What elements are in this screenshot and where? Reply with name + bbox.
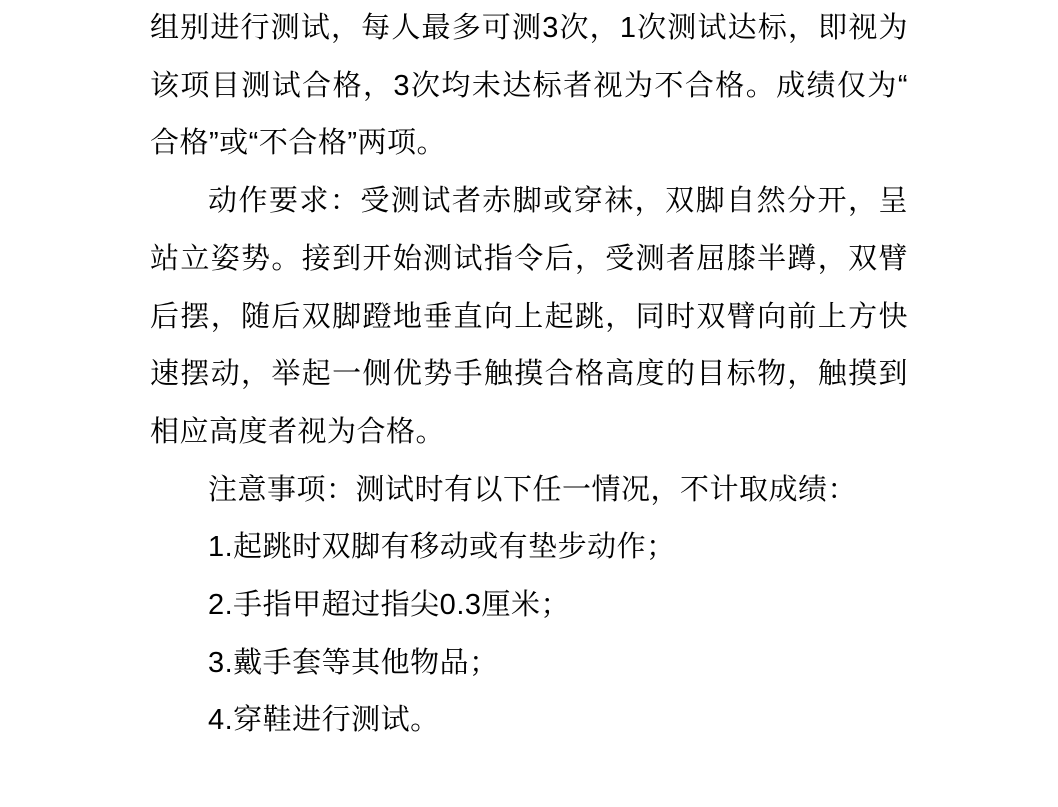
document-page: 组别进行测试，每人最多可测3次，1次测试达标，即视为 该项目测试合格，3次均未达… [0, 0, 1058, 807]
text-line: 2.手指甲超过指尖0.3厘米； [150, 577, 908, 635]
text-line: 动作要求：受测试者赤脚或穿袜，双脚自然分开，呈 [150, 173, 908, 231]
text-line: 后摆，随后双脚蹬地垂直向上起跳，同时双臂向前上方快 [150, 289, 908, 347]
text-line: 站立姿势。接到开始测试指令后，受测者屈膝半蹲，双臂 [150, 231, 908, 289]
text-line: 该项目测试合格，3次均未达标者视为不合格。成绩仅为“ [150, 58, 908, 116]
text-line: 合格”或“不合格”两项。 [150, 115, 908, 173]
text-line: 1.起跳时双脚有移动或有垫步动作； [150, 519, 908, 577]
text-line: 注意事项：测试时有以下任一情况，不计取成绩： [150, 462, 908, 520]
text-line: 3.戴手套等其他物品； [150, 635, 908, 693]
text-line: 4.穿鞋进行测试。 [150, 692, 908, 750]
text-line: 相应高度者视为合格。 [150, 404, 908, 462]
text-line: 速摆动，举起一侧优势手触摸合格高度的目标物，触摸到 [150, 346, 908, 404]
text-line: 组别进行测试，每人最多可测3次，1次测试达标，即视为 [150, 0, 908, 58]
document-text-block: 组别进行测试，每人最多可测3次，1次测试达标，即视为 该项目测试合格，3次均未达… [0, 0, 1058, 750]
